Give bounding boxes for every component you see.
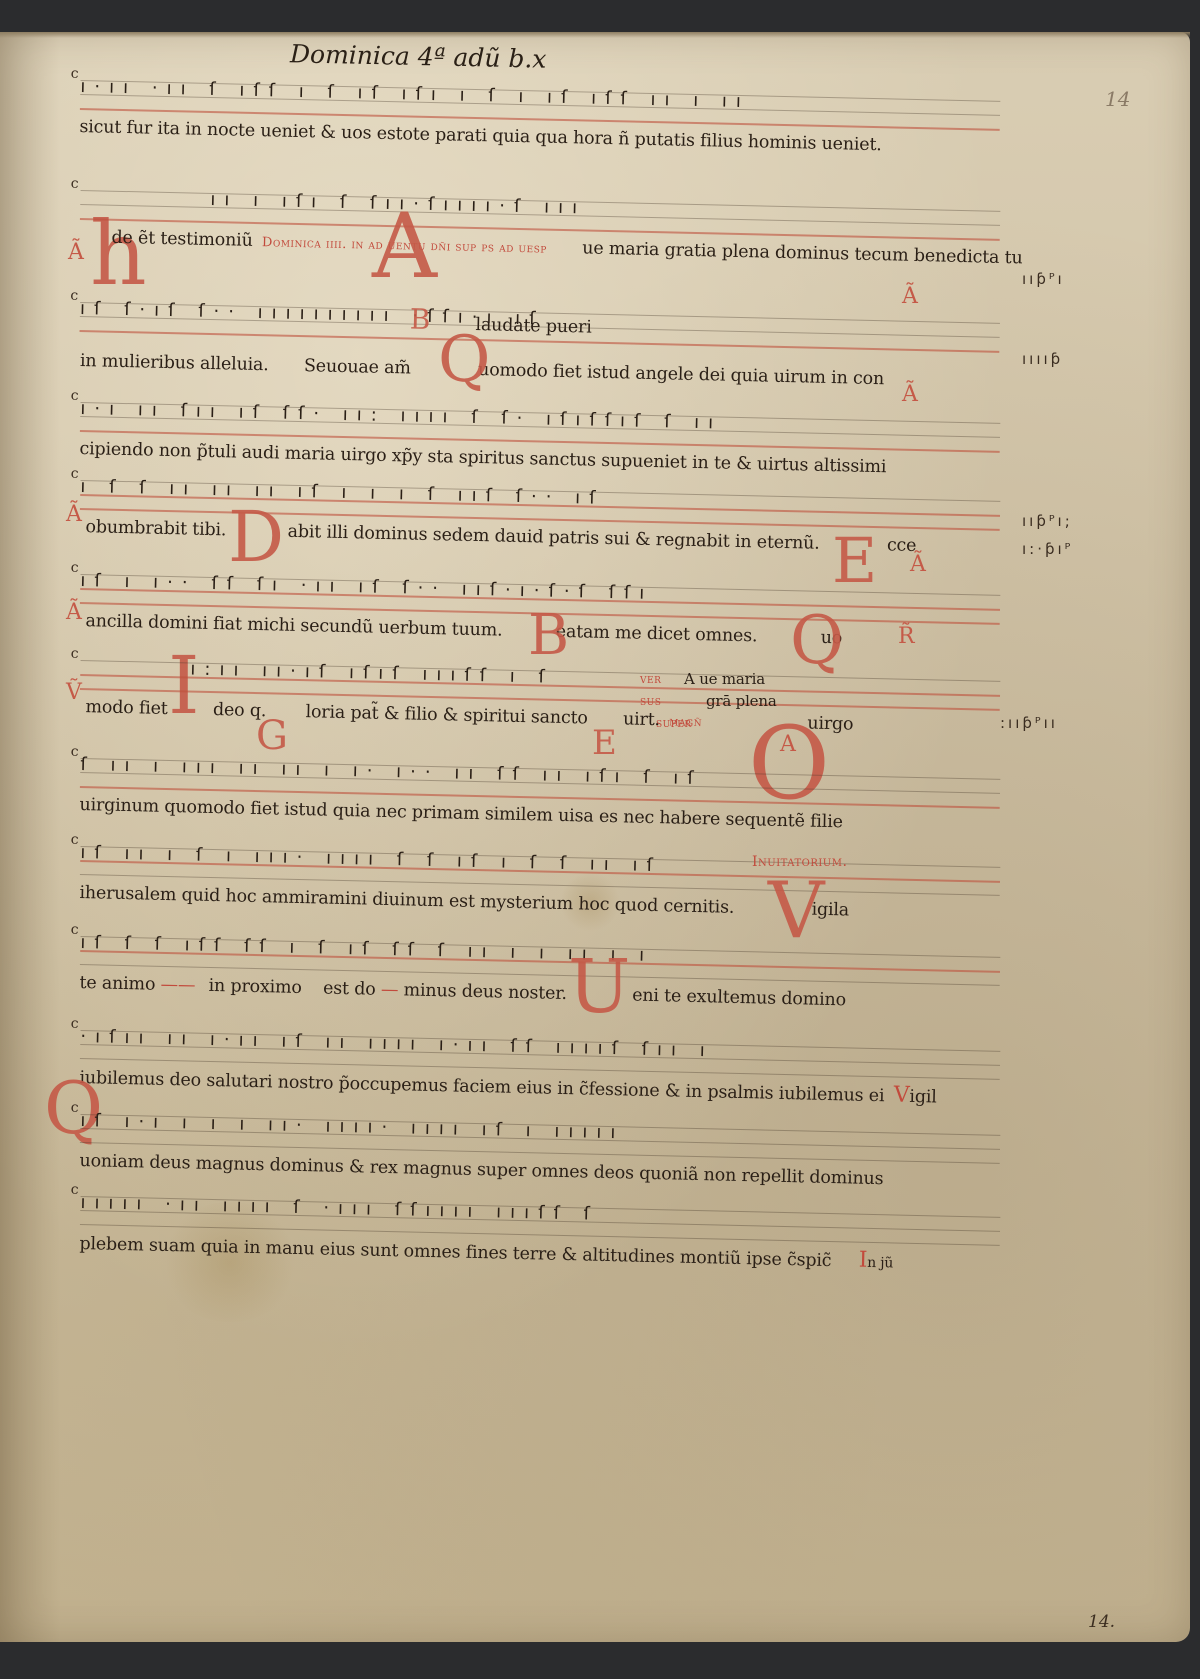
clef-marker: c (71, 744, 79, 760)
red-initial-b: B (410, 302, 431, 335)
lyric-fragment: eni te exultemus domino (632, 986, 846, 1011)
margin-cue: ııƥᴾı (1022, 270, 1065, 288)
page-top-edge (0, 32, 1190, 38)
red-initial-v: V (768, 872, 824, 950)
margin-cue: :ııƥᴾıı (1000, 714, 1058, 732)
chant-line-2: c ıı ı ıſı ſ ſıı·ſıııı·ſ ııı de ẽt test… (79, 182, 1000, 271)
clef-marker: c (71, 832, 79, 848)
lyric-fragment: de ẽt testimoniũ (111, 228, 253, 251)
clef-marker: c (71, 466, 79, 482)
red-initial-v: V (893, 1082, 909, 1107)
lyric-fragment: modo fiet (85, 697, 168, 719)
red-initial-e: E (592, 726, 617, 760)
chant-line-9: c ſ ıı ı ııı ıı ıı ı ı· ı·· ıı ſſ ıı ıſı… (79, 750, 1000, 837)
chant-line-11: c ıſ ſ ſ ıſſ ſſ ı ſ ıſ ſſ ſ ıı ı ı ıı ı … (79, 928, 1000, 1015)
red-initial-q: Q (438, 328, 490, 392)
margin-cue: ııııƥ (1022, 350, 1063, 368)
lyric-fragment: obumbrabit tibi. (85, 517, 226, 540)
neumes: ıı ı ıſı ſ ſıı·ſıııı·ſ ııı (210, 189, 1000, 228)
antiphon-marker: Ã (902, 284, 918, 309)
manuscript-folio: Dominica 4ª adũ b.x 14 14. c ı·ıı ·ıı ſ… (0, 32, 1190, 1642)
rubric-sus: sus (640, 694, 661, 709)
lyric-fragment: uomodo fiet istud angele dei quia uirum … (478, 360, 884, 389)
lyric-fragment: te animo (79, 973, 155, 995)
lyric-fragment: in proximo (208, 976, 302, 998)
red-initial-u: U (568, 950, 630, 1024)
antiphon-marker: Ã (910, 552, 926, 577)
rubric-ver: ver (640, 672, 661, 687)
lyric-fragment: eatam me dicet omnes. (556, 622, 758, 647)
chant-line-4: in mulieribus alleluia. Seuouae am̃ uomo… (80, 350, 1000, 393)
lyric-fragment: A ue maria (684, 668, 765, 690)
clef-marker: c (71, 646, 79, 662)
lyric-fragment: minus deus noster. (403, 980, 567, 1004)
chant-line-10: c ıſ ıı ı ſ ı ııı· ıııı ſ ſ ıſ ı ſ ſ ıı … (79, 838, 1000, 925)
chant-line-1: c ı·ıı ·ıı ſ ıſſ ı ſ ıſ ıſı ı ſ ı ıſ ıſſ… (79, 72, 1000, 159)
margin-cue: ı:·ƥıᴾ (1022, 540, 1073, 558)
chant-line-12: c ·ıſıı ıı ı·ıı ıſ ıı ıııı ı·ıı ſſ ııııſ… (79, 1022, 1000, 1110)
rubric-super: super (656, 716, 692, 731)
red-initial-a: A (372, 202, 437, 292)
lyric-fragment: in mulieribus alleluia. (80, 351, 269, 375)
red-initial-b: B (528, 608, 569, 664)
lyric-fragment: uirt. (623, 709, 660, 730)
lyric-fragment: igil (909, 1087, 937, 1108)
clef-marker: c (71, 176, 79, 192)
chant-line-5: c ı·ı ıı ſıı ıſ ſſ· ıı: ıııı ſ ſ· ıſıſſı… (79, 394, 1000, 481)
antiphon-marker: Ã (902, 382, 918, 407)
staff: c ıſ ſ·ıſ ſ·· ıııııııııı ·ſſı·ı ıſ (79, 294, 1000, 359)
red-initial-g: G (256, 716, 288, 756)
chant-line-8: c ı:ıı ıı·ıſ ıſıſ ıııſſ ı ſ modo fiet de… (79, 652, 1000, 741)
lyric-fragment: Seuouae am̃ (304, 356, 411, 378)
margin-cue: ııƥᴾı; (1022, 512, 1073, 530)
neumes: ı:ıı ıı·ıſ ıſıſ ıııſſ ı ſ (190, 659, 1000, 698)
clef-marker: c (71, 1100, 79, 1116)
red-initial-d: D (228, 502, 284, 572)
lyric-fragment: est do (323, 979, 376, 1000)
red-initial-q: Q (790, 608, 844, 674)
clef-marker: c (71, 388, 79, 404)
antiphon-marker: A (780, 732, 796, 757)
folio-number: 14. (1088, 1612, 1115, 1632)
lyric-text: in mulieribus alleluia. Seuouae am̃ uomo… (80, 350, 1000, 393)
clef-marker: c (71, 66, 79, 82)
chant-line-13: c ıſ ı·ı ı ı ı ıı· ıııı· ıııı ıſ ı ııııı… (79, 1106, 1000, 1193)
clef-marker: c (71, 1182, 79, 1198)
lyric-fragment: n jũ (867, 1255, 893, 1272)
clef-marker: c (71, 922, 79, 938)
page-heading: Dominica 4ª adũ b.x (290, 39, 547, 73)
clef-marker: c (71, 1016, 79, 1032)
clef-marker: c (71, 560, 79, 576)
chant-line-3: c ıſ ſ·ıſ ſ·· ıııııııııı ·ſſı·ı ıſ B lau… (80, 294, 1001, 348)
clef-marker: c (70, 288, 78, 304)
responsory-marker: R̃ (898, 624, 915, 649)
folio-mark: 14 (1105, 87, 1130, 111)
